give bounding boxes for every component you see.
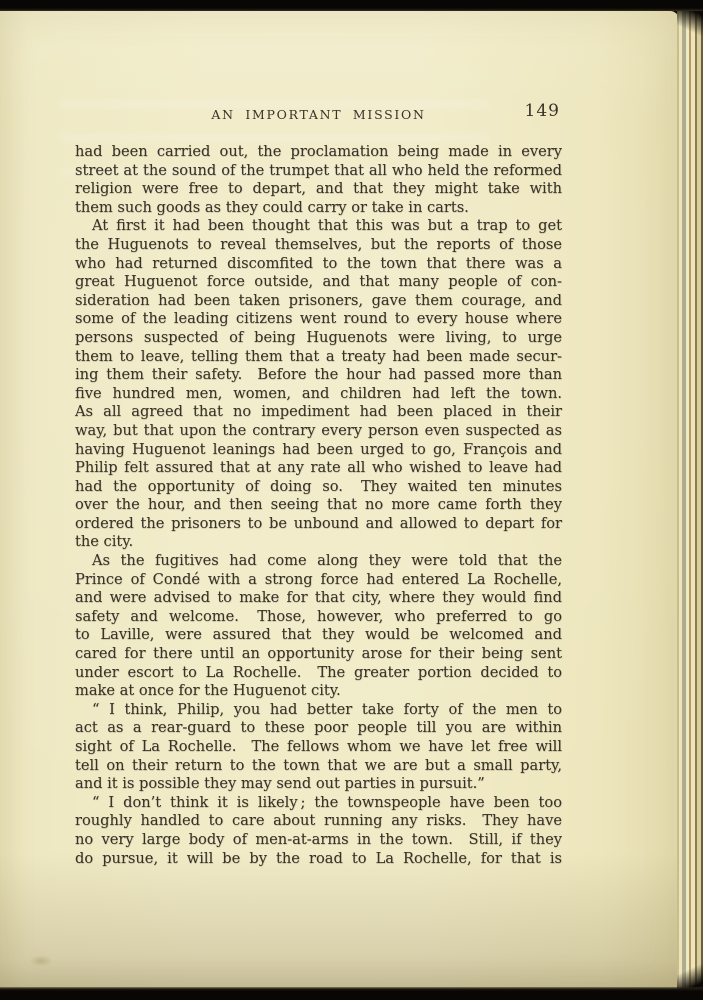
text-line: under escort to La Rochelle. The greater… [75, 664, 562, 683]
paragraph: “ I don’t think it is likely ; the towns… [75, 794, 562, 868]
text-line: ing them their safety. Before the hour h… [75, 366, 562, 385]
text-line: who had returned discomfited to the town… [75, 255, 562, 274]
scanner-border-top [0, 0, 703, 11]
text-line: having Huguenot leanings had been urged … [75, 441, 562, 460]
paragraph: “ I think, Philip, you had better take f… [75, 701, 562, 794]
text-line: tell on their return to the town that we… [75, 757, 562, 776]
book-page-edges [677, 0, 703, 1000]
text-line: make at once for the Huguenot city. [75, 682, 562, 701]
text-line: them to leave, telling them that a treat… [75, 348, 562, 367]
text-line: some of the leading citizens went round … [75, 310, 562, 329]
text-line: At first it had been thought that this w… [75, 217, 562, 236]
paragraph: As the fugitives had come along they wer… [75, 552, 562, 701]
scanner-border-bottom [0, 987, 703, 1000]
text-line: five hundred men, women, and children ha… [75, 385, 562, 404]
page-number: 149 [525, 101, 560, 121]
text-line: the city. [75, 533, 562, 552]
text-line: Philip felt assured that at any rate all… [75, 459, 562, 478]
text-line: Prince of Condé with a strong force had … [75, 571, 562, 590]
text-line: act as a rear-guard to these poor people… [75, 719, 562, 738]
text-line: no very large body of men-at-arms in the… [75, 831, 562, 850]
body-text: had been carried out, the proclamation b… [75, 143, 562, 868]
text-line: ordered the prisoners to be unbound and … [75, 515, 562, 534]
text-line: persons suspected of being Huguenots wer… [75, 329, 562, 348]
text-line: As all agreed that no impediment had bee… [75, 403, 562, 422]
paragraph: had been carried out, the proclamation b… [75, 143, 562, 217]
text-line: roughly handled to care about running an… [75, 812, 562, 831]
paragraph: At first it had been thought that this w… [75, 217, 562, 552]
text-line: “ I think, Philip, you had better take f… [75, 701, 562, 720]
text-line: street at the sound of the trumpet that … [75, 162, 562, 181]
text-line: over the hour, and then seeing that no m… [75, 496, 562, 515]
text-line: cared for there until an opportunity aro… [75, 645, 562, 664]
text-line: religion were free to depart, and that t… [75, 180, 562, 199]
running-title: AN IMPORTANT MISSION [211, 107, 425, 122]
text-line: As the fugitives had come along they wer… [75, 552, 562, 571]
text-line: had been carried out, the proclamation b… [75, 143, 562, 162]
text-line: sideration had been taken prisoners, gav… [75, 292, 562, 311]
text-line: sight of La Rochelle. The fellows whom w… [75, 738, 562, 757]
text-line: do pursue, it will be by the road to La … [75, 850, 562, 869]
text-line: the Huguenots to reveal themselves, but … [75, 236, 562, 255]
text-line: to Laville, were assured that they would… [75, 626, 562, 645]
paper-smudge [24, 953, 58, 969]
text-line: and were advised to make for that city, … [75, 589, 562, 608]
text-line: and it is possible they may send out par… [75, 775, 562, 794]
text-line: them such goods as they could carry or t… [75, 199, 562, 218]
text-line: safety and welcome. Those, however, who … [75, 608, 562, 627]
running-head: AN IMPORTANT MISSION 149 [75, 101, 562, 125]
text-line: great Huguenot force outside, and that m… [75, 273, 562, 292]
text-line: way, but that upon the contrary every pe… [75, 422, 562, 441]
text-line: had the opportunity of doing so. They wa… [75, 478, 562, 497]
text-line: “ I don’t think it is likely ; the towns… [75, 794, 562, 813]
